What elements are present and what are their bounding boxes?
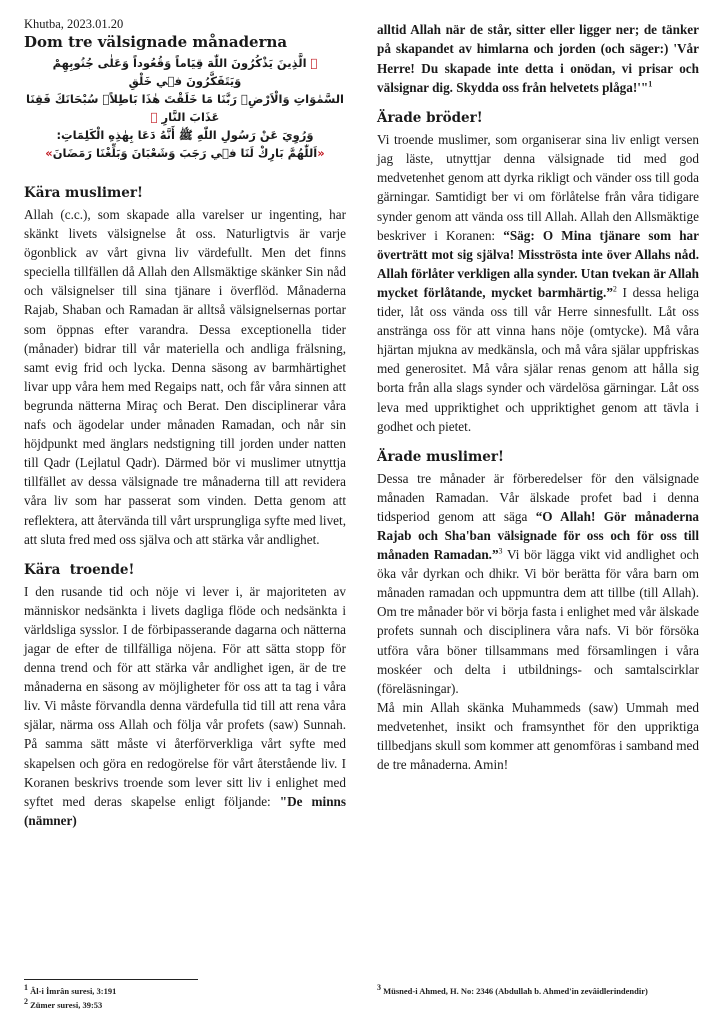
paragraph-1: Allah (c.c.), som skapade alla varelser … <box>24 205 346 549</box>
verse-open-bracket: ﴾ <box>311 56 318 70</box>
section-heading-kara-muslimer: Kära muslimer! <box>24 184 346 203</box>
quran-quote-continued: alltid Allah när de står, sitter eller l… <box>377 20 699 97</box>
hadith-text: «اَللّٰهُمَّ بَارِكْ لَنَا ف۪ي رَجَبَ وَ… <box>24 144 346 162</box>
verse-close-bracket: ﴿ <box>151 110 158 124</box>
footnote-1: 1 Âl-i İmrân suresi, 3:191 <box>24 985 116 998</box>
khutba-date: Khutba, 2023.01.20 <box>24 16 346 33</box>
paragraph-4: Dessa tre månader är förberedelser för d… <box>377 469 699 698</box>
footnote-ref-1[interactable]: 1 <box>648 80 652 89</box>
paragraph-5: Må min Allah skänka Muhammeds (saw) Umma… <box>377 698 699 774</box>
footnote-divider <box>24 979 198 980</box>
left-column: Khutba, 2023.01.20 Dom tre välsignade må… <box>24 16 346 830</box>
paragraph-3: Vi troende muslimer, som organiserar sin… <box>377 130 699 436</box>
arabic-verse-line-2: السَّمٰوَاتِ وَالْاَرْضِۚ رَبَّنَا مَا خ… <box>24 90 346 126</box>
section-heading-arade-muslimer: Ärade muslimer! <box>377 448 699 467</box>
arabic-verse-block: ﴾ الَّذِينَ يَذْكُرُونَ اللّٰهَ قِيَاماً… <box>24 54 346 162</box>
footnote-2: 2 Zümer suresi, 39:53 <box>24 999 102 1012</box>
page-title: Dom tre välsignade månaderna <box>24 33 346 52</box>
paragraph-2: I den rusande tid och nöje vi lever i, ä… <box>24 582 346 830</box>
arabic-verse-line-1: ﴾ الَّذِينَ يَذْكُرُونَ اللّٰهَ قِيَاماً… <box>24 54 346 90</box>
right-column: alltid Allah när de står, sitter eller l… <box>377 20 699 774</box>
section-heading-arade-broder: Ärade bröder! <box>377 109 699 128</box>
section-heading-kara-troende: Kära troende! <box>24 561 346 580</box>
hadith-intro: وَرُوِيَ عَنْ رَسُولِ اللّٰهِ ﷺ أَنَّهُ … <box>24 126 346 144</box>
footnote-3: 3 Müsned-i Ahmed, H. No: 2346 (Abdullah … <box>377 985 648 998</box>
